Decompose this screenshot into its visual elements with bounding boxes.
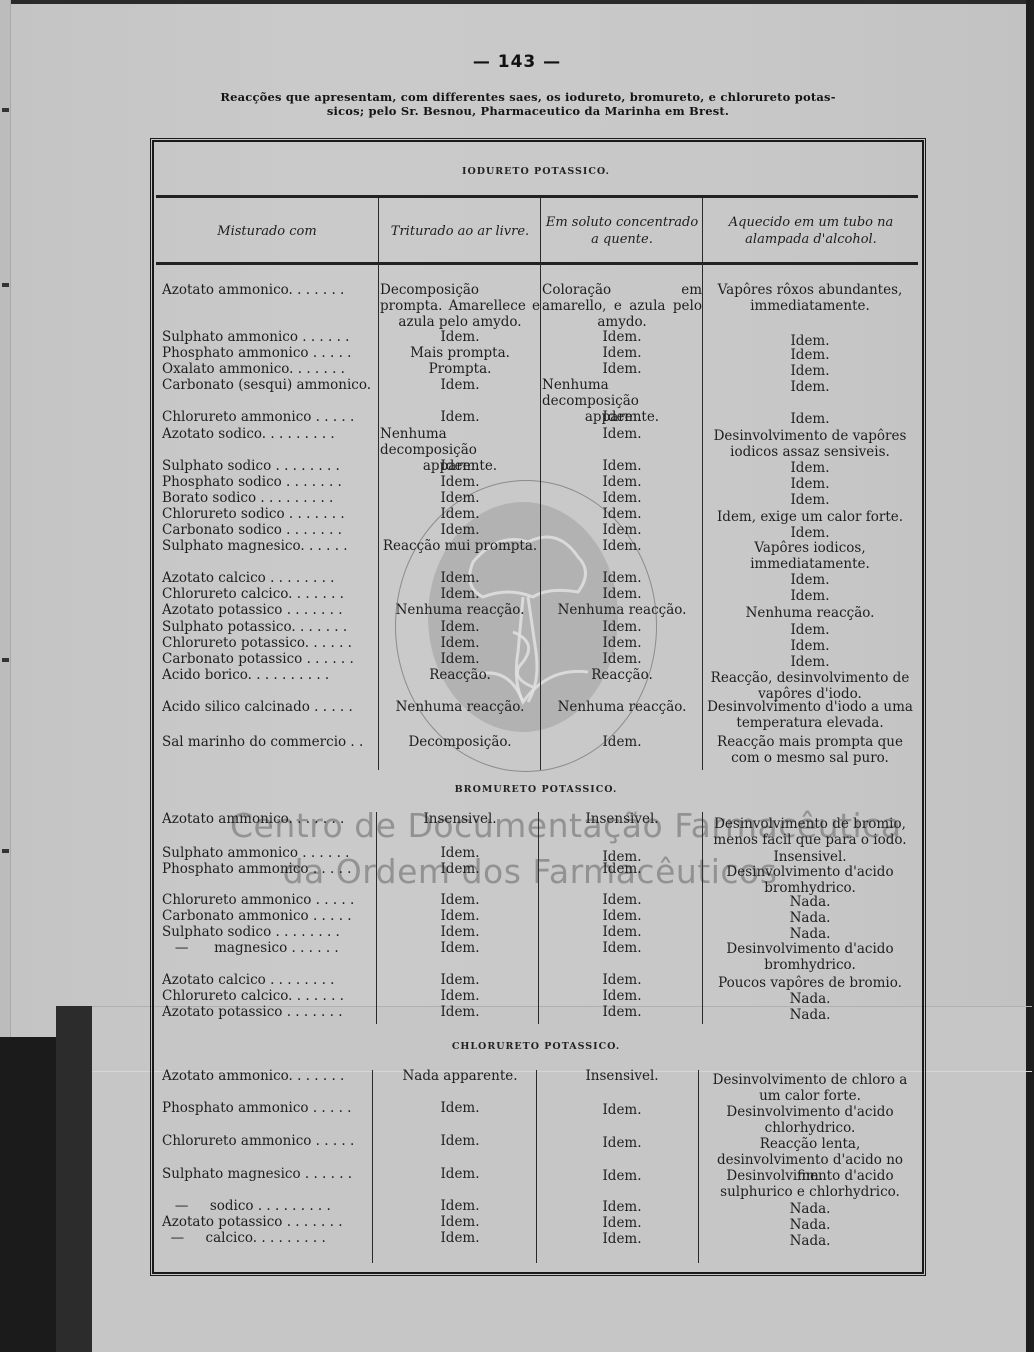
soluto-cell: Idem. (542, 619, 702, 635)
soluto-cell: Nenhuma reacção. (542, 699, 702, 715)
aquecido-cell: Vapôres iodicos, immediatamente. (704, 540, 916, 572)
soluto-cell: Reacção. (542, 667, 702, 683)
soluto-cell: Idem. (542, 361, 702, 377)
triturado-cell: Idem. (380, 635, 540, 651)
aquecido-cell: Nada. (704, 910, 916, 926)
salt-cell: Sulphato ammonico . . . . . . (162, 845, 374, 861)
triturado-cell: Nenhuma reacção. (380, 602, 540, 618)
page-number: — 143 — (0, 52, 1034, 72)
aquecido-cell: Nada. (704, 1217, 916, 1233)
binding-mark (2, 849, 9, 853)
soluto-cell: Idem. (542, 1004, 702, 1020)
soluto-cell: Idem. (542, 908, 702, 924)
salt-cell: Oxalato ammonico. . . . . . . (162, 361, 374, 377)
soluto-cell: Insensivel. (542, 811, 702, 827)
salt-cell: Sulphato magnesico . . . . . . (162, 1166, 374, 1182)
triturado-cell: Idem. (380, 522, 540, 538)
soluto-cell: Idem. (542, 345, 702, 361)
salt-cell: Phosphato ammonico . . . . . (162, 1100, 374, 1116)
aquecido-cell: Desinvolvimento d'acido bromhydrico. (704, 864, 916, 896)
salt-cell: — magnesico . . . . . . (162, 940, 374, 956)
salt-cell: Chlorureto ammonico . . . . . (162, 1133, 374, 1149)
soluto-cell: Idem. (542, 1215, 702, 1231)
soluto-cell: Idem. (542, 586, 702, 602)
triturado-cell: Idem. (380, 972, 540, 988)
aquecido-cell: Desinvolvimento d'acido sulphurico e chl… (704, 1168, 916, 1200)
aquecido-cell: Idem. (704, 572, 916, 588)
column-header-soluto: Em soluto concentrado a quente. (542, 200, 702, 262)
soluto-cell: Idem. (542, 409, 702, 425)
salt-cell: — sodico . . . . . . . . . (162, 1198, 374, 1214)
soluto-cell: Coloração em amarello, e azula pelo amyd… (542, 282, 702, 330)
aquecido-cell: Idem. (704, 525, 916, 541)
salt-cell: Sulphato magnesico. . . . . . (162, 538, 374, 554)
salt-cell: — calcico. . . . . . . . . (162, 1230, 374, 1246)
salt-cell: Azotato calcico . . . . . . . . (162, 570, 374, 586)
triturado-cell: Idem. (380, 988, 540, 1004)
salt-cell: Sulphato sodico . . . . . . . . (162, 458, 374, 474)
salt-cell: Azotato ammonico. . . . . . . (162, 811, 374, 827)
aquecido-cell: Idem. (704, 411, 916, 427)
scan-top-edge (0, 0, 1034, 4)
soluto-cell: Idem. (542, 1231, 702, 1247)
soluto-cell: Idem. (542, 538, 702, 554)
salt-cell: Chlorureto potassico. . . . . . (162, 635, 374, 651)
salt-cell: Azotato ammonico. . . . . . . (162, 1068, 374, 1084)
aquecido-cell: Poucos vapôres de bromio. (704, 975, 916, 991)
column-divider (378, 198, 379, 770)
aquecido-cell: Idem. (704, 379, 916, 395)
aquecido-cell: Idem. (704, 347, 916, 363)
binding-mark (2, 108, 9, 112)
triturado-cell: Idem. (380, 861, 540, 877)
page-title-line-2: sicos; pelo Sr. Besnou, Pharmaceutico da… (148, 104, 908, 118)
triturado-cell: Idem. (380, 409, 540, 425)
salt-cell: Chlorureto ammonico . . . . . (162, 409, 374, 425)
triturado-cell: Nenhuma reacção. (380, 699, 540, 715)
column-header-aquecido: Aquecido em um tubo na alampada d'alcoho… (704, 200, 918, 262)
triturado-cell: Idem. (380, 1198, 540, 1214)
aquecido-cell: Idem, exige um calor forte. (704, 509, 916, 525)
triturado-cell: Idem. (380, 377, 540, 393)
triturado-cell: Decomposição. (380, 734, 540, 750)
soluto-cell: Idem. (542, 924, 702, 940)
rule (156, 195, 918, 198)
triturado-cell: Idem. (380, 506, 540, 522)
section-heading-bromureto: BROMURETO POTASSICO. (152, 784, 920, 795)
triturado-cell: Reacção. (380, 667, 540, 683)
soluto-cell: Insensivel. (542, 1068, 702, 1084)
page-title: Reacções que apresentam, com differentes… (148, 90, 908, 118)
binding-mark (2, 283, 9, 287)
soluto-cell: Idem. (542, 1199, 702, 1215)
scan-right-edge (1026, 0, 1034, 1352)
soluto-cell: Idem. (542, 522, 702, 538)
triturado-cell: Idem. (380, 490, 540, 506)
section-heading-iodureto: IODURETO POTASSICO. (152, 166, 920, 177)
aquecido-cell: Desinvolvimento de bromio, menos facil q… (704, 816, 916, 848)
triturado-cell: Idem. (380, 474, 540, 490)
salt-cell: Azotato potassico . . . . . . . (162, 1004, 374, 1020)
triturado-cell: Idem. (380, 845, 540, 861)
aquecido-cell: Reacção, desinvolvimento de vapôres d'io… (704, 670, 916, 702)
column-divider (702, 812, 703, 1024)
triturado-cell: Prompta. (380, 361, 540, 377)
soluto-cell: Idem. (542, 734, 702, 750)
salt-cell: Carbonato ammonico . . . . . (162, 908, 374, 924)
salt-cell: Sulphato ammonico . . . . . . (162, 329, 374, 345)
aquecido-cell: Idem. (704, 638, 916, 654)
triturado-cell: Idem. (380, 458, 540, 474)
salt-cell: Azotato potassico . . . . . . . (162, 1214, 374, 1230)
soluto-cell: Idem. (542, 892, 702, 908)
salt-cell: Chlorureto ammonico . . . . . (162, 892, 374, 908)
soluto-cell: Nenhuma reacção. (542, 602, 702, 618)
salt-cell: Carbonato potassico . . . . . . (162, 651, 374, 667)
soluto-cell: Idem. (542, 570, 702, 586)
salt-cell: Carbonato (sesqui) ammonico. (162, 377, 374, 393)
soluto-cell: Idem. (542, 506, 702, 522)
triturado-cell: Idem. (380, 329, 540, 345)
aquecido-cell: Nada. (704, 991, 916, 1007)
aquecido-cell: Desinvolvimento d'acido chlorhydrico. (704, 1104, 916, 1136)
triturado-cell: Idem. (380, 619, 540, 635)
salt-cell: Carbonato sodico . . . . . . . (162, 522, 374, 538)
triturado-cell: Idem. (380, 1004, 540, 1020)
salt-cell: Sulphato sodico . . . . . . . . (162, 924, 374, 940)
aquecido-cell: Desinvolvimento d'iodo a uma temperatura… (704, 699, 916, 731)
column-header-triturado: Triturado ao ar livre. (380, 200, 540, 262)
aquecido-cell: Idem. (704, 654, 916, 670)
salt-cell: Azotato calcico . . . . . . . . (162, 972, 374, 988)
aquecido-cell: Idem. (704, 476, 916, 492)
soluto-cell: Idem. (542, 1135, 702, 1151)
aquecido-cell: Nada. (704, 926, 916, 942)
salt-cell: Phosphato ammonico . . . . . (162, 861, 374, 877)
triturado-cell: Idem. (380, 940, 540, 956)
aquecido-cell: Idem. (704, 363, 916, 379)
soluto-cell: Idem. (542, 635, 702, 651)
salt-cell: Phosphato sodico . . . . . . . (162, 474, 374, 490)
scan-dark-region (56, 1006, 92, 1352)
aquecido-cell: Desinvolvimento de vapôres iodicos assaz… (704, 428, 916, 460)
aquecido-cell: Nenhuma reacção. (704, 605, 916, 621)
soluto-cell: Idem. (542, 651, 702, 667)
triturado-cell: Idem. (380, 1100, 540, 1116)
soluto-cell: Idem. (542, 861, 702, 877)
aquecido-cell: Idem. (704, 588, 916, 604)
column-divider (702, 198, 703, 770)
triturado-cell: Idem. (380, 1214, 540, 1230)
salt-cell: Borato sodico . . . . . . . . . (162, 490, 374, 506)
aquecido-cell: Idem. (704, 492, 916, 508)
salt-cell: Sal marinho do commercio . . (162, 734, 374, 750)
salt-cell: Phosphato ammonico . . . . . (162, 345, 374, 361)
triturado-cell: Idem. (380, 1230, 540, 1246)
aquecido-cell: Idem. (704, 622, 916, 638)
triturado-cell: Insensivel. (380, 811, 540, 827)
binding-mark (2, 658, 9, 662)
triturado-cell: Nada apparente. (380, 1068, 540, 1084)
soluto-cell: Idem. (542, 1168, 702, 1184)
aquecido-cell: Desinvolvimento de chloro a um calor for… (704, 1072, 916, 1104)
soluto-cell: Idem. (542, 1102, 702, 1118)
salt-cell: Chlorureto calcico. . . . . . . (162, 586, 374, 602)
salt-cell: Azotato ammonico. . . . . . . (162, 282, 374, 298)
salt-cell: Acido silico calcinado . . . . . (162, 699, 374, 715)
triturado-cell: Decomposição prompta. Amarellece e azula… (380, 282, 540, 330)
section-heading-chlorureto: CHLORURETO POTASSICO. (152, 1041, 920, 1052)
triturado-cell: Idem. (380, 924, 540, 940)
triturado-cell: Reacção mui prompta. (380, 538, 540, 554)
soluto-cell: Idem. (542, 426, 702, 442)
soluto-cell: Idem. (542, 474, 702, 490)
soluto-cell: Idem. (542, 490, 702, 506)
soluto-cell: Idem. (542, 458, 702, 474)
aquecido-cell: Idem. (704, 460, 916, 476)
aquecido-cell: Nada. (704, 1233, 916, 1249)
triturado-cell: Idem. (380, 892, 540, 908)
aquecido-cell: Insensivel. (704, 849, 916, 865)
page-title-line-1: Reacções que apresentam, com differentes… (148, 90, 908, 104)
salt-cell: Azotato potassico . . . . . . . (162, 602, 374, 618)
aquecido-cell: Desinvolvimento d'acido bromhydrico. (704, 941, 916, 973)
triturado-cell: Idem. (380, 570, 540, 586)
aquecido-cell: Reacção mais prompta que com o mesmo sal… (704, 734, 916, 766)
rule (156, 262, 918, 265)
salt-cell: Sulphato potassico. . . . . . . (162, 619, 374, 635)
salt-cell: Chlorureto calcico. . . . . . . (162, 988, 374, 1004)
aquecido-cell: Vapôres rôxos abundantes, immediatamente… (704, 282, 916, 314)
triturado-cell: Idem. (380, 1166, 540, 1182)
triturado-cell: Idem. (380, 651, 540, 667)
salt-cell: Acido borico. . . . . . . . . . (162, 667, 374, 683)
salt-cell: Chlorureto sodico . . . . . . . (162, 506, 374, 522)
triturado-cell: Mais prompta. (380, 345, 540, 361)
aquecido-cell: Nada. (704, 894, 916, 910)
soluto-cell: Idem. (542, 988, 702, 1004)
soluto-cell: Idem. (542, 940, 702, 956)
aquecido-cell: Nada. (704, 1201, 916, 1217)
soluto-cell: Idem. (542, 972, 702, 988)
soluto-cell: Idem. (542, 329, 702, 345)
column-header-misturado: Misturado com (156, 200, 378, 262)
scan-dark-region (0, 1037, 56, 1352)
column-divider (540, 198, 541, 770)
triturado-cell: Idem. (380, 908, 540, 924)
column-divider (376, 812, 377, 1024)
salt-cell: Azotato sodico. . . . . . . . . (162, 426, 374, 442)
triturado-cell: Idem. (380, 1133, 540, 1149)
triturado-cell: Idem. (380, 586, 540, 602)
aquecido-cell: Nada. (704, 1007, 916, 1023)
